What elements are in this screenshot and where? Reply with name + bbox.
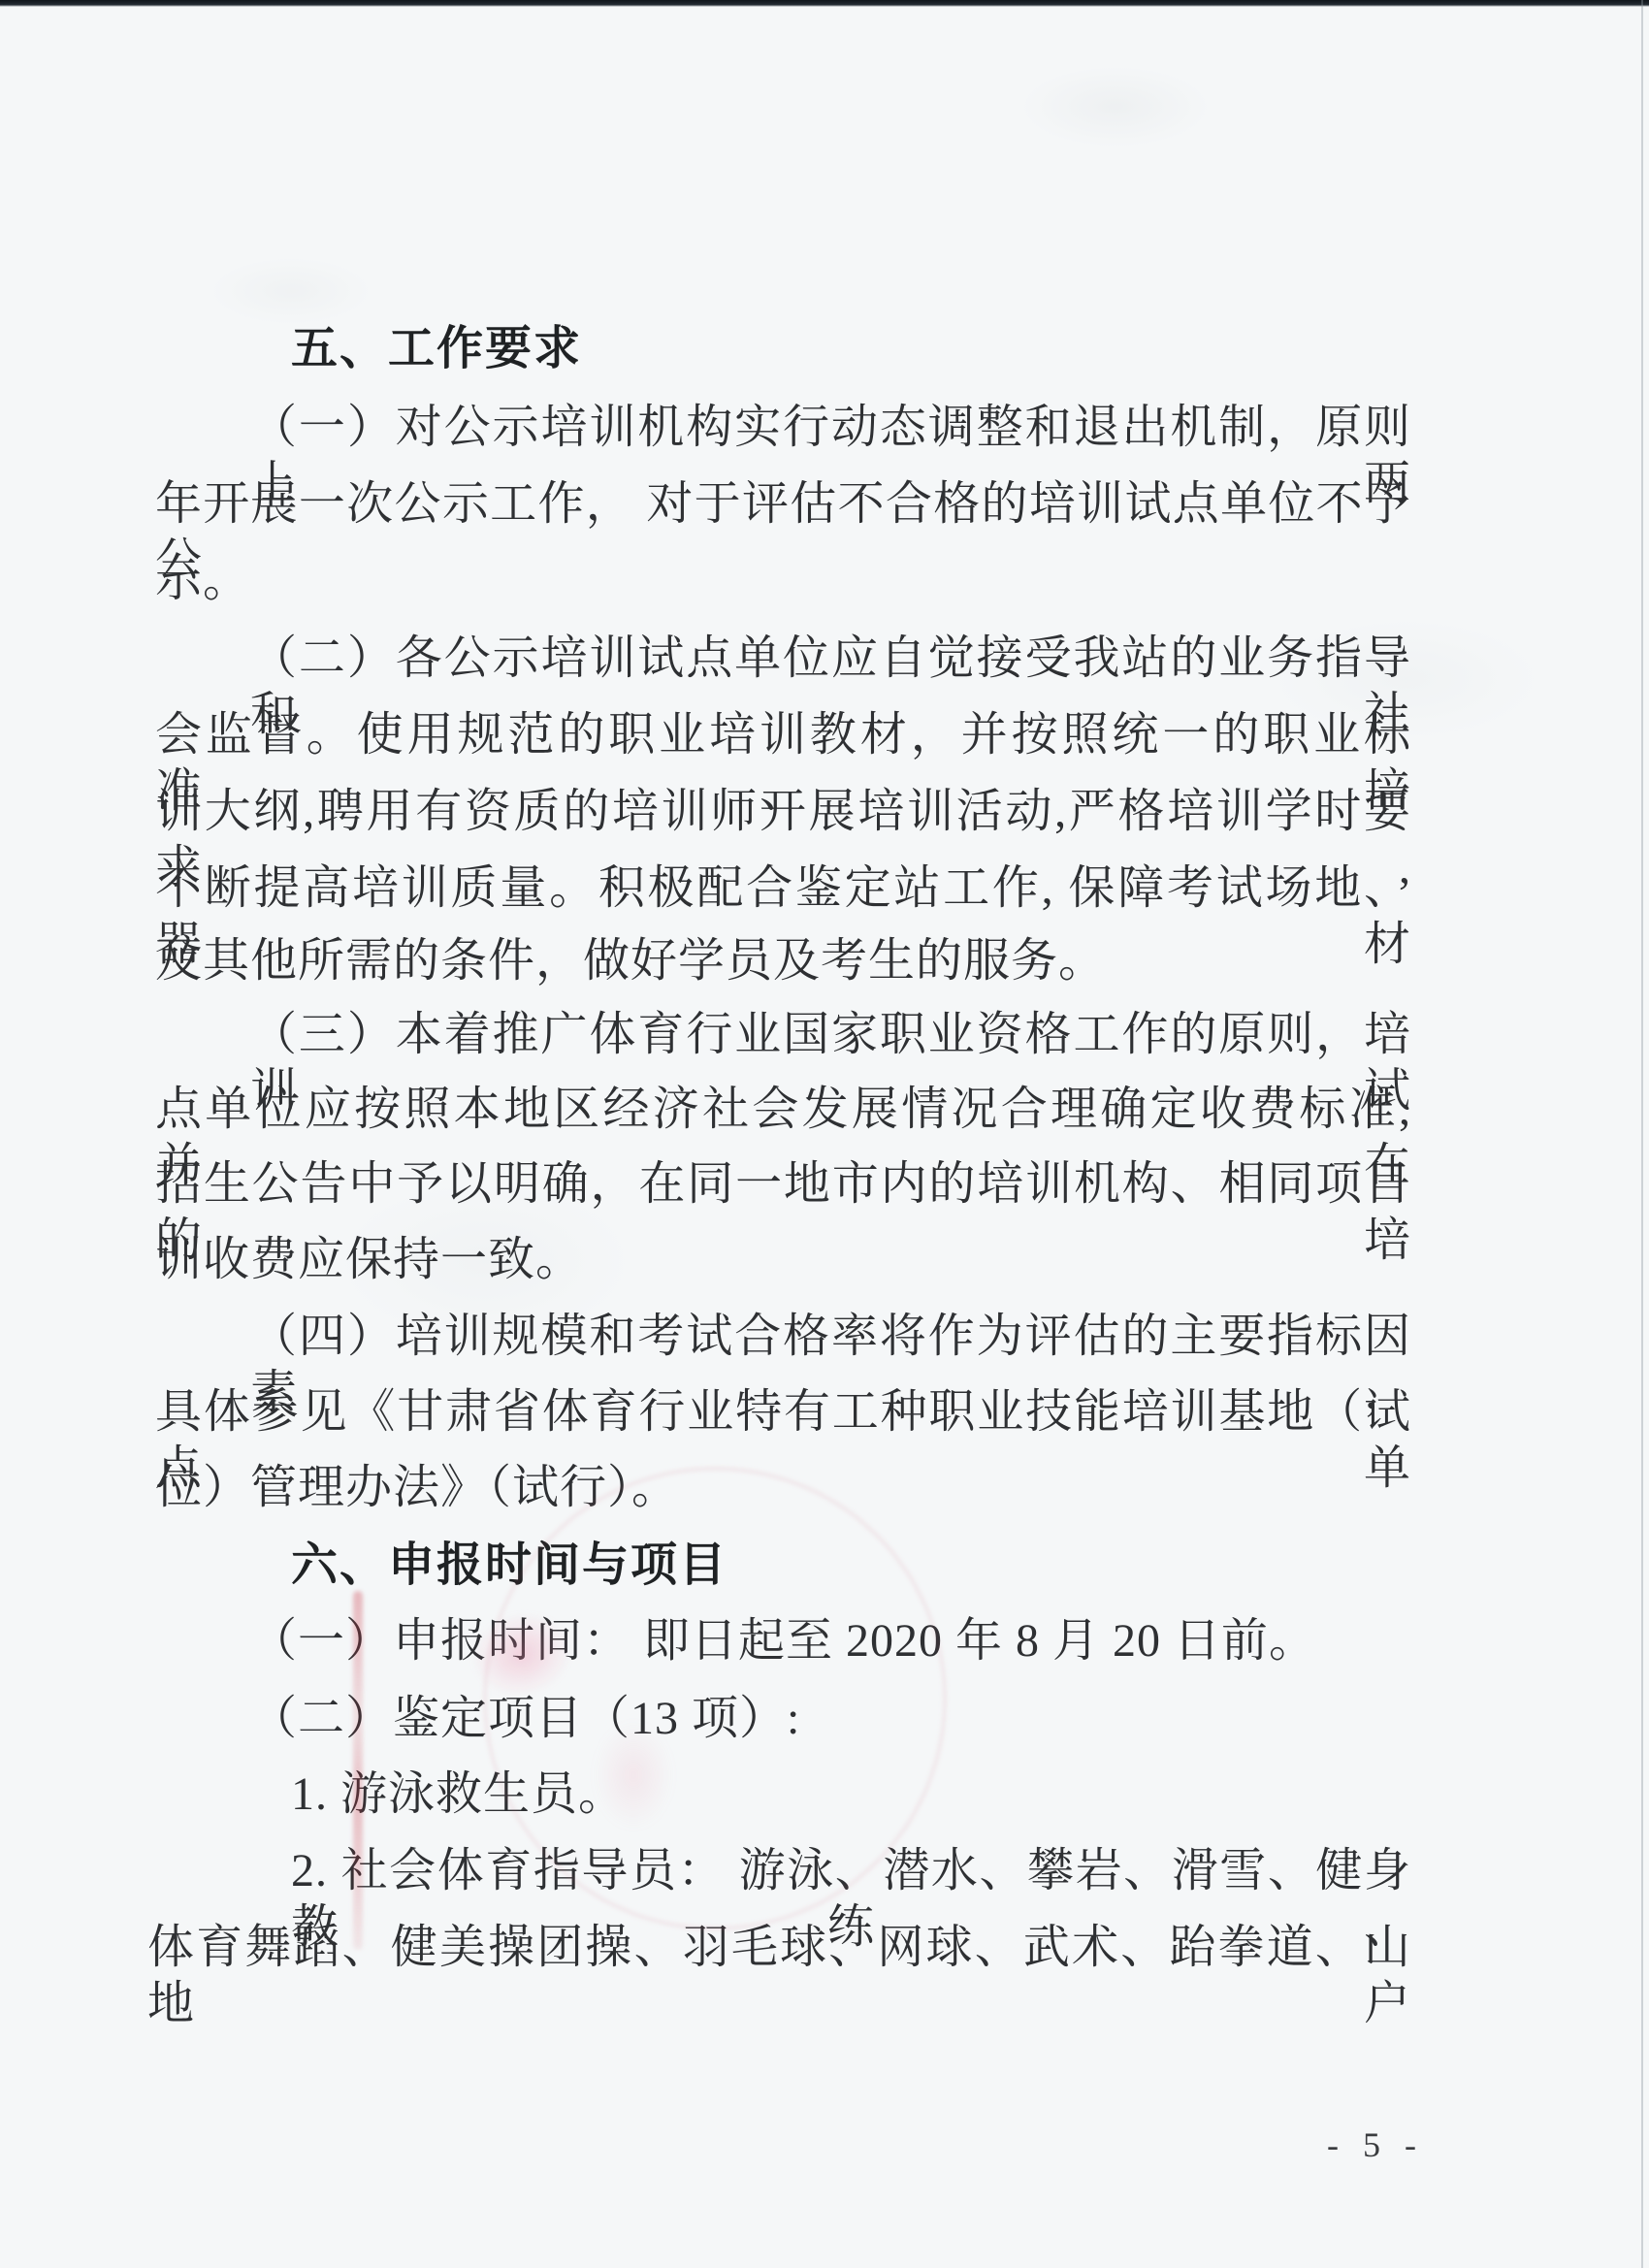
page-number: - 5 - (1327, 2124, 1424, 2165)
doc-line: （二）各公示培训试点单位应自觉接受我站的业务指导和社 (250, 631, 1411, 687)
doc-line: 训大纲,聘用有资质的培训师开展培训活动,严格培训学时要求, (155, 784, 1411, 840)
section-heading: 五、工作要求 (291, 320, 582, 376)
scanned-document-page: 五、工作要求 （一）对公示培训机构实行动态调整和退出机制，原则上两 年开展一次公… (0, 0, 1649, 2268)
doc-line: （三）本着推广体育行业国家职业资格工作的原则，培训试 (250, 1007, 1411, 1063)
doc-line: （四）培训规模和考试合格率将作为评估的主要指标因素， (250, 1309, 1411, 1365)
doc-line: 不断提高培训质量。积极配合鉴定站工作, 保障考试场地、器材 (155, 860, 1411, 917)
doc-line: 体育舞蹈、健美操团操、羽毛球、网球、武术、跆拳道、山地户 (147, 1920, 1411, 1976)
scan-right-edge (1641, 0, 1643, 2268)
doc-line: 及其他所需的条件，做好学员及考生的服务。 (155, 933, 1106, 989)
doc-line: 示。 (155, 553, 250, 609)
doc-line: 训收费应保持一致。 (155, 1232, 583, 1288)
scan-top-edge (0, 0, 1649, 7)
doc-line: 会监督。使用规范的职业培训教材，并按照统一的职业标准、培 (155, 707, 1411, 763)
red-seal-fragment (580, 1702, 687, 1848)
doc-line: （一）对公示培训机构实行动态调整和退出机制，原则上两 (250, 400, 1411, 456)
doc-line: 年开展一次公示工作， 对于评估不合格的培训试点单位不予公 (155, 476, 1411, 533)
doc-line: 点单位应按照本地区经济社会发展情况合理确定收费标准, 并在 (155, 1082, 1411, 1138)
doc-line: 招生公告中予以明确，在同一地市内的培训机构、相同项目的培 (155, 1156, 1411, 1213)
doc-line: 具体参见《甘肃省体育行业特有工种职业技能培训基地（试点单 (155, 1384, 1411, 1441)
red-seal-streak (353, 1591, 363, 1950)
